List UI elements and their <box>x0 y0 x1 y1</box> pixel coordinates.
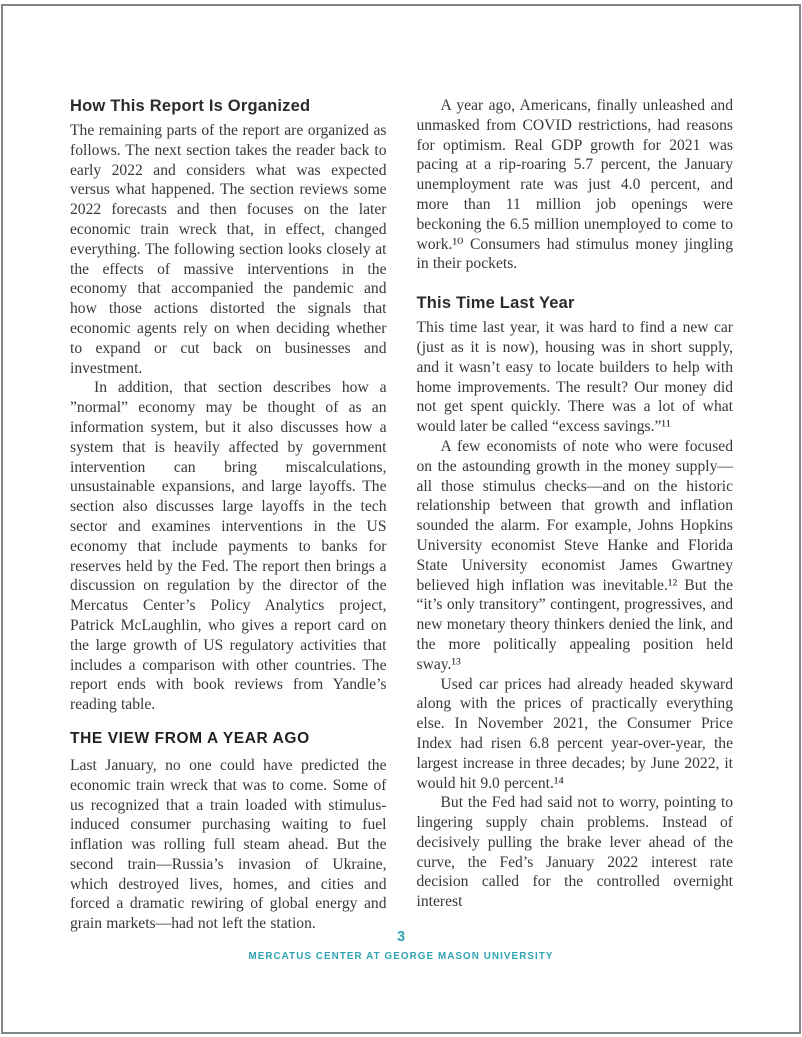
paragraph: The remaining parts of the report are or… <box>70 121 387 378</box>
paragraph: In addition, that section describes how … <box>70 378 387 715</box>
page-number: 3 <box>0 929 802 945</box>
paragraph: Used car prices had already headed skywa… <box>417 675 734 794</box>
page-footer: 3 MERCATUS CENTER AT GEORGE MASON UNIVER… <box>0 929 802 962</box>
section-heading: THE VIEW FROM A YEAR AGO <box>70 729 387 749</box>
paragraph: But the Fed had said not to worry, point… <box>417 793 734 912</box>
left-column: How This Report Is OrganizedThe remainin… <box>70 96 387 934</box>
footer-organization: MERCATUS CENTER AT GEORGE MASON UNIVERSI… <box>0 951 802 962</box>
paragraph: A few economists of note who were focuse… <box>417 437 734 675</box>
section-heading: How This Report Is Organized <box>70 96 387 116</box>
report-page-body: How This Report Is OrganizedThe remainin… <box>70 96 733 934</box>
right-column: A year ago, Americans, finally unleashed… <box>417 96 734 934</box>
paragraph: Last January, no one could have predicte… <box>70 756 387 934</box>
paragraph: A year ago, Americans, finally unleashed… <box>417 96 734 274</box>
section-heading: This Time Last Year <box>417 293 734 313</box>
paragraph: This time last year, it was hard to find… <box>417 318 734 437</box>
